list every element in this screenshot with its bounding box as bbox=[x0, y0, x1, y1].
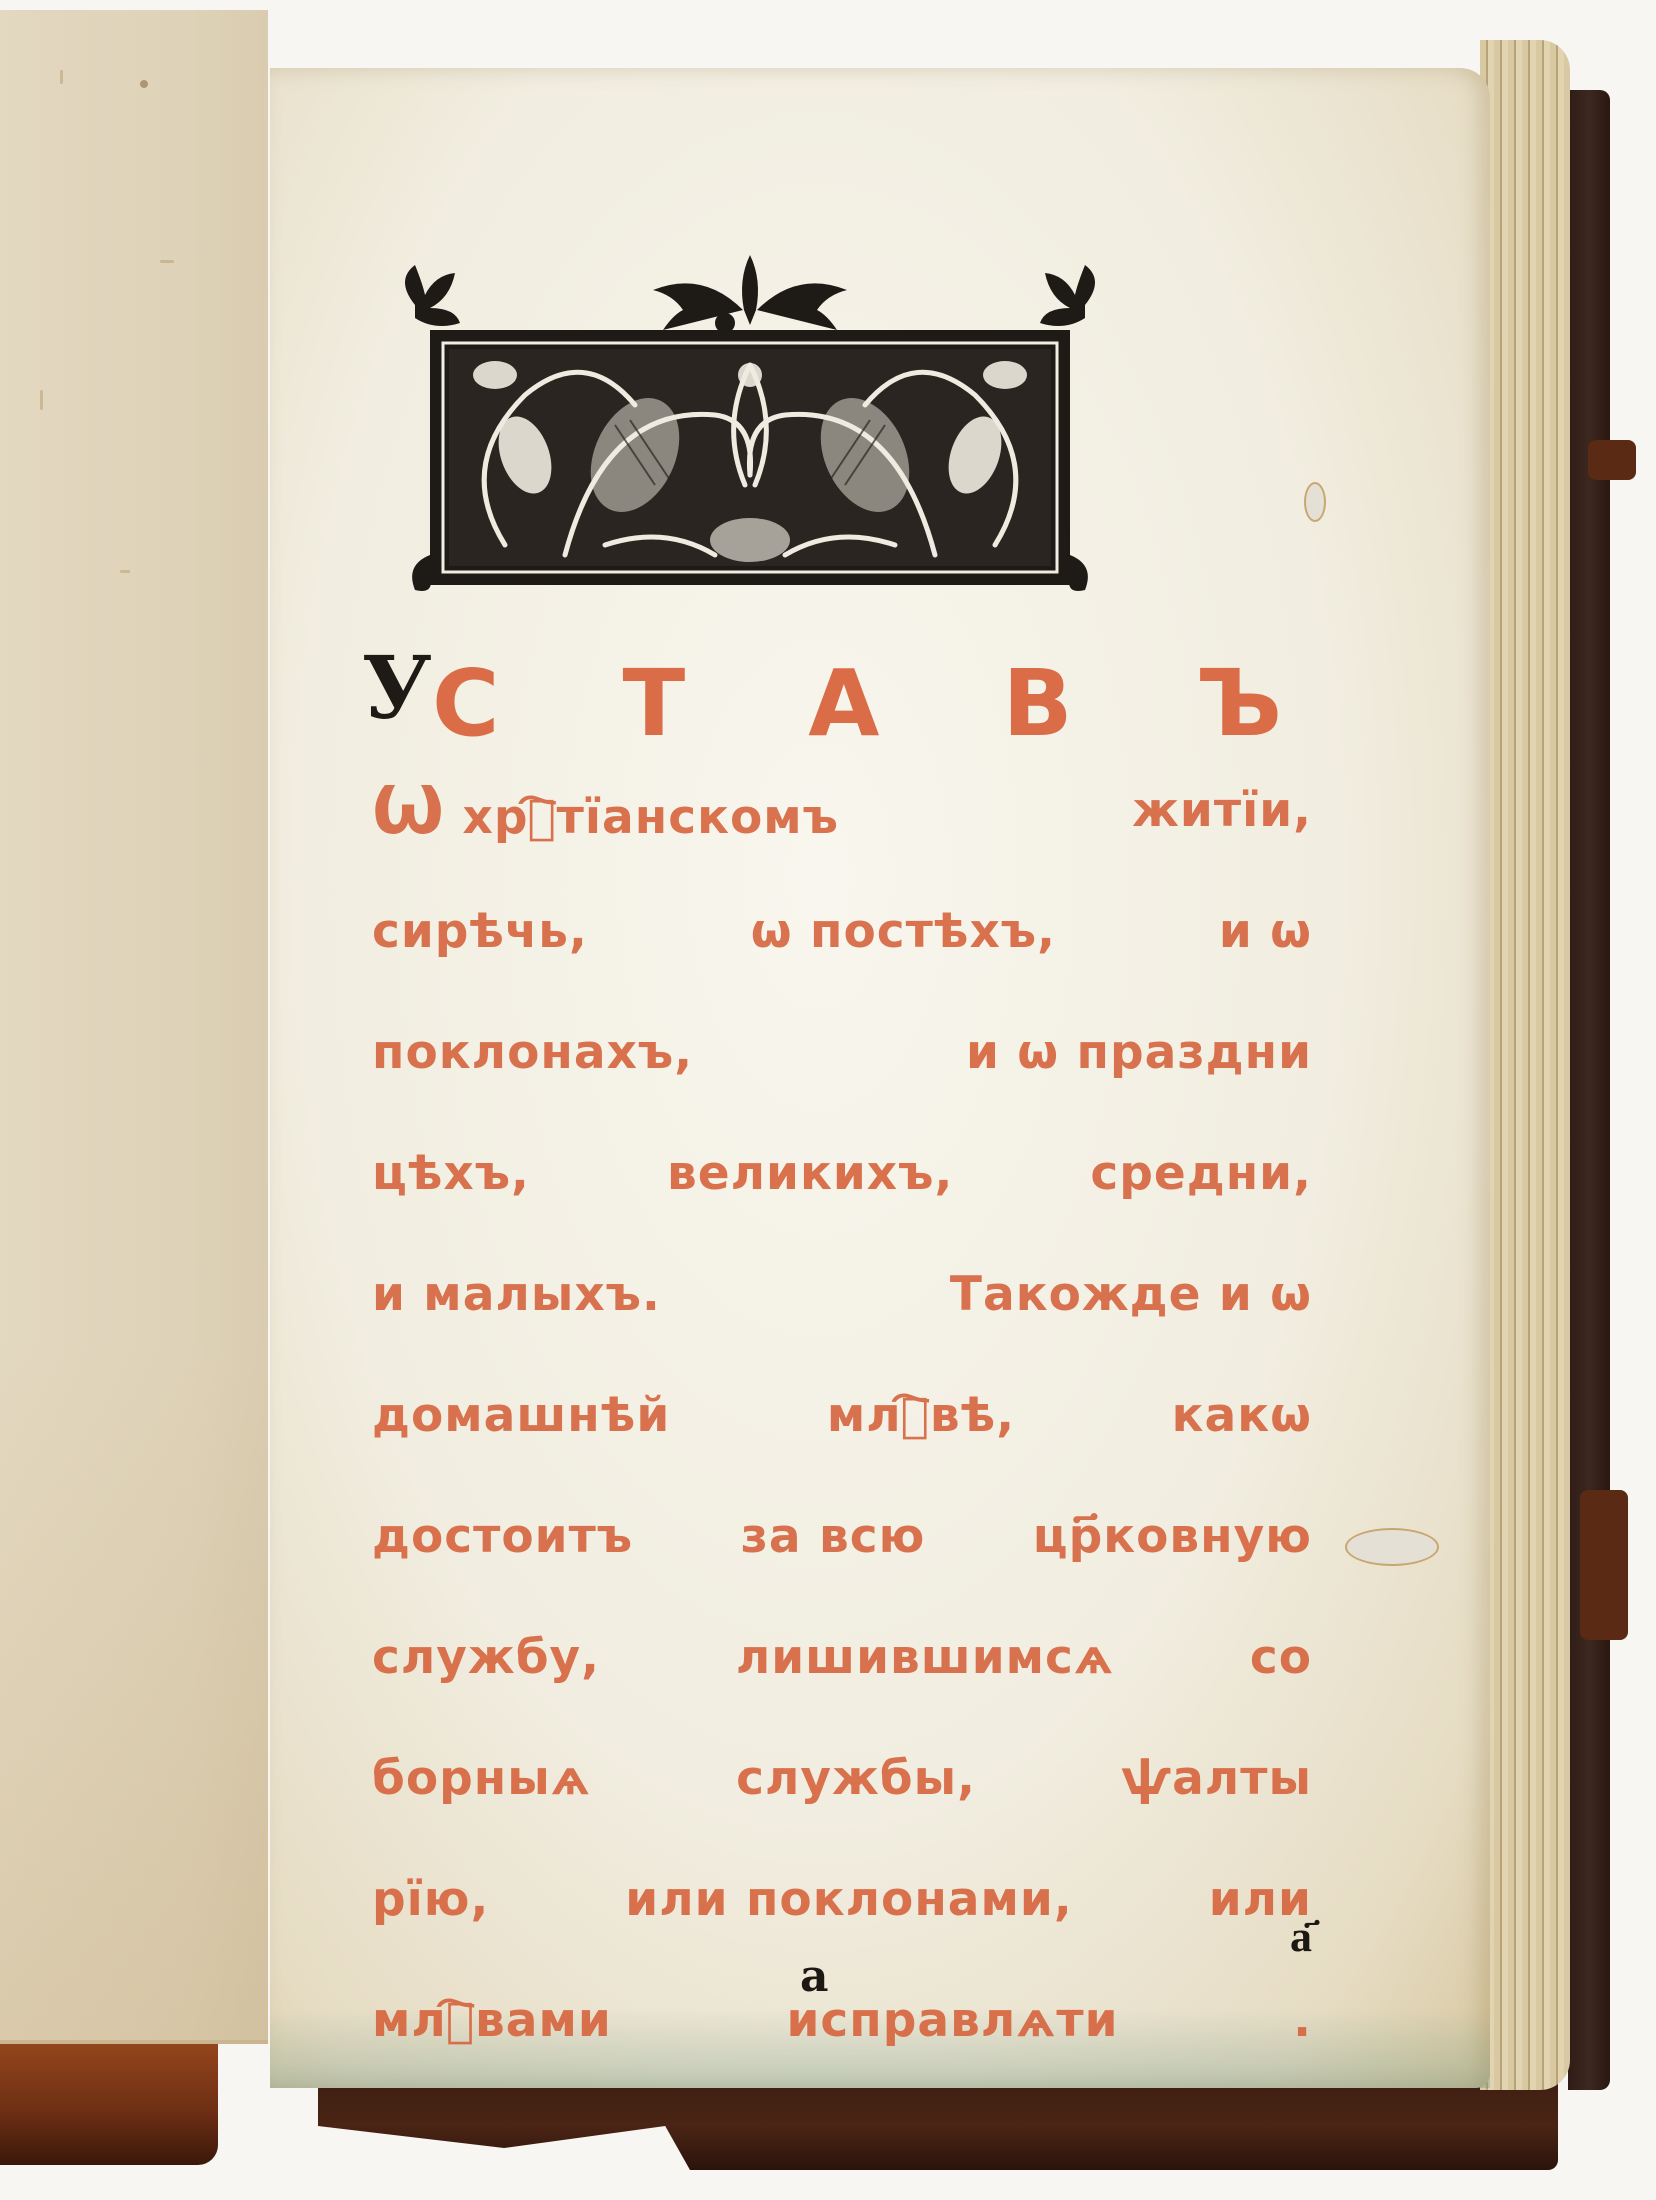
line-initial: Ѡ bbox=[372, 750, 445, 871]
word: и ѡ праздни bbox=[966, 992, 1312, 1113]
text-line: сирѣчь, ѡ постѣхъ, и ѡ bbox=[372, 871, 1312, 992]
paper-tear bbox=[1345, 1528, 1439, 1566]
word: поклонахъ, bbox=[372, 992, 693, 1113]
left-cover-leather bbox=[0, 2030, 218, 2165]
title-letter: Ъ bbox=[1196, 658, 1282, 750]
word: домашнѣй bbox=[372, 1355, 670, 1476]
title-letter: С bbox=[432, 658, 500, 750]
floral-ornament-icon bbox=[385, 255, 1115, 600]
word: млⷮ҇вами bbox=[372, 1960, 612, 2081]
text-line: домашнѣй млⷮ҇вѣ, какѡ bbox=[372, 1355, 1312, 1476]
ornamental-headpiece bbox=[385, 255, 1115, 600]
word: сирѣчь, bbox=[372, 871, 588, 992]
word: службы, bbox=[736, 1718, 976, 1839]
word: цр҃ковную bbox=[1033, 1476, 1312, 1597]
text-line: Ѡ хрⷭ҇тїанскомъ житїи, bbox=[372, 750, 1312, 871]
signature-mark: а bbox=[800, 1955, 829, 1999]
word: цѣхъ, bbox=[372, 1113, 530, 1234]
title-letter: А bbox=[808, 658, 879, 750]
word: какѡ bbox=[1172, 1355, 1312, 1476]
word: ѡ постѣхъ, bbox=[751, 871, 1056, 992]
title-letter: В bbox=[1002, 658, 1072, 750]
word: хрⷭ҇тїанскомъ bbox=[463, 757, 840, 878]
word: со bbox=[1250, 1597, 1312, 1718]
word: лишившимсѧ bbox=[736, 1597, 1114, 1718]
word: средни, bbox=[1090, 1113, 1312, 1234]
page-text: У С Т А В Ъ Ѡ хрⷭ҇тїанскомъ житїи, сирѣч… bbox=[372, 640, 1312, 2081]
page-fore-edge bbox=[1480, 40, 1570, 2090]
word: и ѡ bbox=[1219, 871, 1312, 992]
signature-mark-numeral: а҃ bbox=[1290, 1915, 1312, 1959]
clasp-remnant-bottom bbox=[1580, 1490, 1628, 1640]
word: исправлѧти bbox=[786, 1960, 1118, 2081]
text-line: рїю, или поклонами, или bbox=[372, 1839, 1312, 1960]
left-page bbox=[0, 10, 268, 2044]
word: или поклонами, bbox=[625, 1839, 1072, 1960]
word: службу, bbox=[372, 1597, 600, 1718]
book-photo: У С Т А В Ъ Ѡ хрⷭ҇тїанскомъ житїи, сирѣч… bbox=[0, 0, 1656, 2200]
clasp-remnant-top bbox=[1588, 440, 1636, 480]
word: житїи, bbox=[1132, 750, 1312, 871]
word: млⷮ҇вѣ, bbox=[827, 1355, 1015, 1476]
text-line: службу, лишившимсѧ со bbox=[372, 1597, 1312, 1718]
title-letter: Т bbox=[623, 658, 686, 750]
word: и малыхъ. bbox=[372, 1234, 661, 1355]
text-line: и малыхъ. Такожде и ѡ bbox=[372, 1234, 1312, 1355]
spine-edge-leather bbox=[1568, 90, 1610, 2090]
text-line: достоитъ за всю цр҃ковную bbox=[372, 1476, 1312, 1597]
title-dropcap: У bbox=[362, 646, 432, 732]
text-line: цѣхъ, великихъ, средни, bbox=[372, 1113, 1312, 1234]
word: за всю bbox=[741, 1476, 926, 1597]
word: великихъ, bbox=[667, 1113, 953, 1234]
page-title: У С Т А В Ъ bbox=[372, 640, 1312, 750]
word: ѱалты bbox=[1121, 1718, 1312, 1839]
word: рїю, bbox=[372, 1839, 489, 1960]
text-line: борныѧ службы, ѱалты bbox=[372, 1718, 1312, 1839]
word: достоитъ bbox=[372, 1476, 633, 1597]
word: . bbox=[1293, 1960, 1312, 2081]
text-line: поклонахъ, и ѡ праздни bbox=[372, 992, 1312, 1113]
text-line: млⷮ҇вами исправлѧти . bbox=[372, 1960, 1312, 2081]
word: Такожде и ѡ bbox=[950, 1234, 1312, 1355]
word: борныѧ bbox=[372, 1718, 591, 1839]
paper-hole bbox=[1304, 482, 1326, 522]
